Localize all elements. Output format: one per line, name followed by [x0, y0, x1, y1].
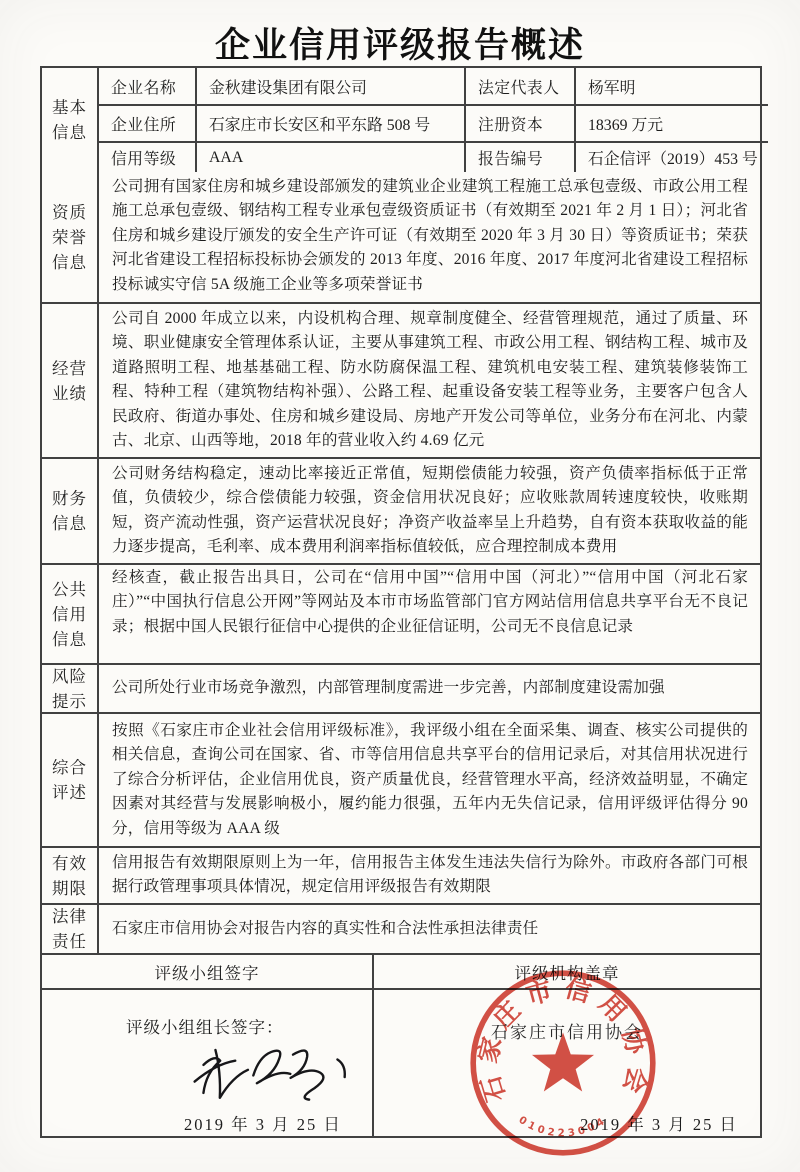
team-signature-date: 2019 年 3 月 25 日	[184, 1111, 342, 1135]
signoff-header-row: 评级小组签字 评级机构盖章	[42, 953, 760, 988]
row-header-business: 经营 业绩	[42, 304, 97, 457]
address-value: 石家庄市长安区和平东路 508 号	[195, 106, 464, 141]
agency-name-text: 石家庄市信用协会	[374, 1018, 760, 1043]
capital-value: 18369 万元	[574, 106, 768, 141]
company-name-label: 企业名称	[97, 68, 195, 104]
legal-rep-label: 法定代表人	[464, 68, 574, 104]
qualifications-text: 公司拥有国家住房和城乡建设部颁发的建筑业企业建筑工程施工总承包壹级、市政公用工程…	[97, 172, 760, 302]
rating-value: AAA	[195, 143, 464, 172]
section-validity: 有效 期限 信用报告有效期限原则上为一年，信用报告主体发生违法失信行为除外。市政…	[42, 846, 760, 903]
legal-text: 石家庄市信用协会对报告内容的真实性和合法性承担法律责任	[97, 905, 760, 953]
business-text: 公司自 2000 年成立以来，内设机构合理、规章制度健全、经营管理规范，通过了质…	[97, 304, 760, 457]
rating-label: 信用等级	[97, 143, 195, 172]
report-page: 企业信用评级报告概述 基本 信息 企业名称 金秋建设集团有限公司 法定代表人 杨…	[0, 0, 800, 1172]
section-basic-info: 基本 信息 企业名称 金秋建设集团有限公司 法定代表人 杨军明 企业住所 石家庄…	[42, 68, 760, 172]
section-risk: 风险 提示 公司所处行业市场竞争激烈，内部管理制度需进一步完善，内部制度建设需加…	[42, 663, 760, 712]
page-title: 企业信用评级报告概述	[0, 18, 800, 68]
signoff-body-row: 评级小组组长签字： 2019 年 3 月 25 日 石家庄市信用协会 2019 …	[42, 988, 760, 1136]
section-financial: 财务 信息 公司财务结构稳定，速动比率接近正常值，短期偿债能力较强，资产负债率指…	[42, 457, 760, 563]
section-public-credit: 公共 信用 信息 经核查，截止报告出具日，公司在“信用中国”“信用中国（河北）”…	[42, 563, 760, 663]
risk-text: 公司所处行业市场竞争激烈，内部管理制度需进一步完善，内部制度建设需加强	[97, 665, 760, 712]
financial-text: 公司财务结构稳定，速动比率接近正常值，短期偿债能力较强，资产负债率指标低于正常值…	[97, 459, 760, 563]
team-signature-cell: 评级小组组长签字： 2019 年 3 月 25 日	[42, 990, 372, 1136]
row-header-basic-info: 基本 信息	[42, 68, 97, 172]
validity-text: 信用报告有效期限原则上为一年，信用报告主体发生违法失信行为除外。市政府各部门可根…	[97, 848, 760, 903]
agency-seal-date: 2019 年 3 月 25 日	[580, 1111, 738, 1135]
capital-label: 注册资本	[464, 106, 574, 141]
report-no-value: 石企信评（2019）453 号	[574, 143, 768, 172]
table-row: 企业名称 金秋建设集团有限公司 法定代表人 杨军明	[97, 68, 768, 104]
address-label: 企业住所	[97, 106, 195, 141]
summary-text: 按照《石家庄市企业社会信用评级标准》，我评级小组在全面采集、调查、核实公司提供的…	[97, 714, 760, 846]
row-header-financial: 财务 信息	[42, 459, 97, 563]
row-header-risk: 风险 提示	[42, 665, 97, 712]
table-row: 信用等级 AAA 报告编号 石企信评（2019）453 号	[97, 141, 768, 172]
report-table: 基本 信息 企业名称 金秋建设集团有限公司 法定代表人 杨军明 企业住所 石家庄…	[40, 66, 762, 1138]
row-header-validity: 有效 期限	[42, 848, 97, 903]
report-no-label: 报告编号	[464, 143, 574, 172]
legal-rep-value: 杨军明	[574, 68, 768, 104]
section-summary: 综合 评述 按照《石家庄市企业社会信用评级标准》，我评级小组在全面采集、调查、核…	[42, 712, 760, 846]
section-qualifications: 资质 荣誉 信息 公司拥有国家住房和城乡建设部颁发的建筑业企业建筑工程施工总承包…	[42, 172, 760, 302]
section-legal: 法律 责任 石家庄市信用协会对报告内容的真实性和合法性承担法律责任	[42, 903, 760, 953]
company-name-value: 金秋建设集团有限公司	[195, 68, 464, 104]
team-signature-header: 评级小组签字	[42, 955, 372, 988]
row-header-summary: 综合 评述	[42, 714, 97, 846]
row-header-qualifications: 资质 荣誉 信息	[42, 172, 97, 302]
row-header-legal: 法律 责任	[42, 905, 97, 953]
handwritten-signature	[188, 1028, 361, 1112]
agency-seal-cell: 石家庄市信用协会 2019 年 3 月 25 日	[372, 990, 760, 1136]
table-row: 企业住所 石家庄市长安区和平东路 508 号 注册资本 18369 万元	[97, 104, 768, 141]
row-header-public-credit: 公共 信用 信息	[42, 565, 97, 663]
agency-seal-header: 评级机构盖章	[372, 955, 760, 988]
public-credit-text: 经核查，截止报告出具日，公司在“信用中国”“信用中国（河北）”“信用中国（河北石…	[97, 565, 760, 663]
section-business: 经营 业绩 公司自 2000 年成立以来，内设机构合理、规章制度健全、经营管理规…	[42, 302, 760, 457]
